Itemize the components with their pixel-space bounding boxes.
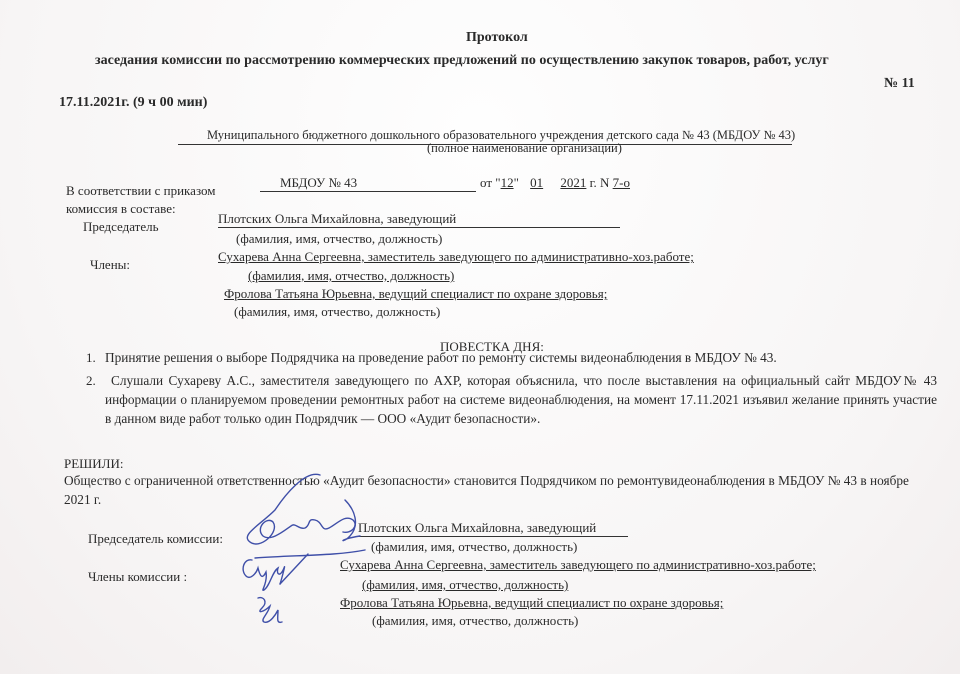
agenda-item-1-text: Принятие решения о выборе Подрядчика на …	[105, 350, 777, 366]
order-issuer: МБДОУ № 43	[280, 175, 357, 191]
chairman-name: Плотских Ольга Михайловна, заведующий	[218, 211, 456, 227]
member-2-name: Фролова Татьяна Юрьевна, ведущий специал…	[224, 286, 607, 302]
signature-member-2-caption: (фамилия, имя, отчество, должность)	[372, 613, 578, 629]
signature-chairman-name: Плотских Ольга Михайловна, заведующий	[358, 520, 596, 536]
member-1-name: Сухарева Анна Сергеевна, заместитель зав…	[218, 249, 694, 265]
members-label: Члены:	[90, 257, 130, 273]
signature-chairman-caption: (фамилия, имя, отчество, должность)	[371, 539, 577, 555]
meeting-date-time: 17.11.2021г. (9 ч 00 мин)	[59, 95, 207, 111]
signature-member-1-caption: (фамилия, имя, отчество, должность)	[362, 577, 568, 593]
decision-heading: РЕШИЛИ:	[64, 456, 124, 472]
chairman-underline	[218, 227, 620, 228]
order-day: 12	[501, 175, 514, 190]
commission-label: комиссия в составе:	[66, 201, 176, 217]
document-subtitle: заседания комиссии по рассмотрению комме…	[95, 53, 829, 69]
order-number: 7-о	[613, 175, 638, 190]
chairman-caption: (фамилия, имя, отчество, должность)	[236, 231, 442, 247]
agenda-item-2-text: Слушали Сухареву А.С., заместителя завед…	[105, 371, 937, 428]
agenda-item-2-number: 2.	[86, 373, 96, 389]
handwritten-signature-member-2	[250, 592, 290, 633]
order-issuer-underline	[260, 191, 476, 192]
member-2-caption: (фамилия, имя, отчество, должность)	[234, 304, 440, 320]
order-label: В соответствии с приказом	[66, 183, 216, 199]
chairman-label: Председатель	[83, 219, 159, 235]
year-suffix: 21	[573, 175, 586, 190]
quote: "	[514, 175, 519, 190]
signature-member-2-name: Фролова Татьяна Юрьевна, ведущий специал…	[340, 595, 723, 611]
document-title: Протокол	[466, 30, 528, 46]
scanned-protocol-page: Протокол заседания комиссии по рассмотре…	[0, 0, 960, 674]
organization-caption: (полное наименование организации)	[427, 141, 622, 156]
signature-member-1-name: Сухарева Анна Сергеевна, заместитель зав…	[340, 557, 816, 573]
member-1-caption: (фамилия, имя, отчество, должность)	[248, 268, 454, 284]
decision-text: Общество с ограниченной ответственностью…	[64, 471, 924, 509]
order-month: 01	[522, 175, 551, 190]
signature-chairman-underline	[358, 536, 628, 537]
protocol-number: № 11	[884, 76, 915, 92]
order-date: от "12" 01 2021 г. N 7-о	[480, 175, 638, 191]
order-n-label: г. N	[590, 175, 610, 190]
from-label: от "	[480, 175, 501, 190]
signature-members-label: Члены комиссии :	[88, 569, 187, 585]
year-prefix: 20	[554, 175, 573, 190]
signature-chairman-label: Председатель комиссии:	[88, 531, 223, 547]
agenda-item-1-number: 1.	[86, 350, 96, 366]
